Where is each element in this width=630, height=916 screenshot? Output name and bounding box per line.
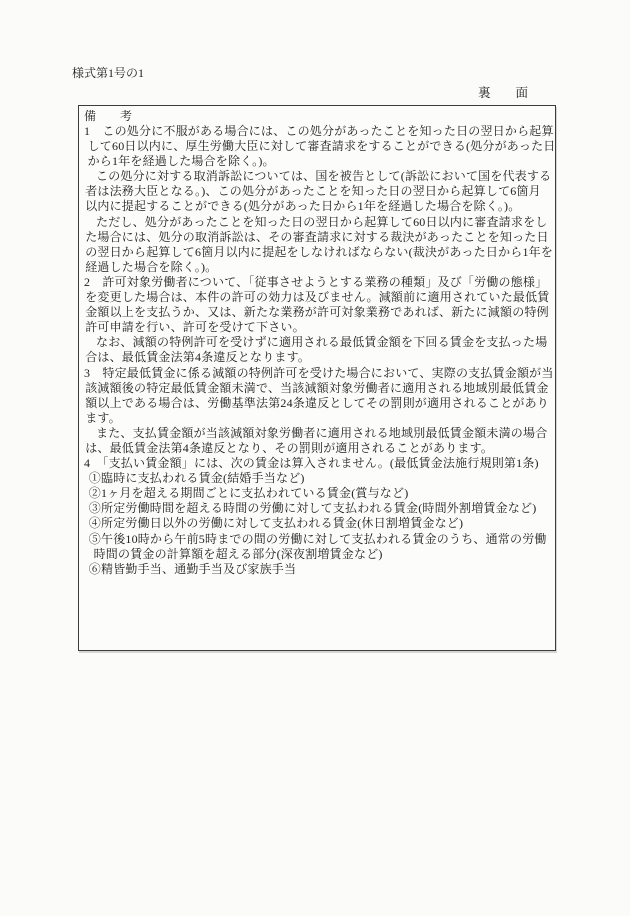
note-line: は、最低賃金法第4条違反となり、その罰則が適用されることがあります。 — [84, 441, 550, 456]
remarks-box: 備 考 1 この処分に不服がある場合には、この処分があったことを知った日の翌日か… — [78, 105, 556, 651]
note-line: 3 特定最低賃金に係る減額の特例許可を受けた場合において、実際の支払賃金額が当 — [84, 366, 550, 381]
form-number-label: 様式第1号の1 — [72, 66, 144, 80]
note-line: た場合には、処分の取消訴訟は、その審査請求に対する裁決があったことを知った日 — [84, 230, 550, 245]
note-line: また、支払賃金額が当該減額対象労働者に適用される地域別最低賃金額未満の場合 — [84, 426, 550, 441]
note-line: 合は、最低賃金法第4条違反となります。 — [84, 350, 550, 365]
note-line: 該減額後の特定最低賃金額未満で、当該減額対象労働者に適用される地域別最低賃金 — [84, 381, 550, 396]
note-line: を変更した場合は、本件の許可の効力は及びません。減額前に適用されていた最低賃 — [84, 290, 550, 305]
note-line: から1年を経過した場合を除く。)。 — [84, 154, 550, 169]
note-line: ②1ヶ月を超える期間ごとに支払われている賃金(賞与など) — [84, 486, 550, 501]
note-line: 許可申請を行い、許可を受けて下さい。 — [84, 320, 550, 335]
page-side-label: 裏 面 — [478, 86, 528, 100]
note-line: して60日以内に、厚生労働大臣に対して審査請求をすることができる(処分があった日 — [84, 139, 550, 154]
note-line: ます。 — [84, 411, 550, 426]
remarks-lines: 1 この処分に不服がある場合には、この処分があったことを知った日の翌日から起算 … — [84, 124, 550, 577]
note-line: ⑤午後10時から午前5時までの間の労働に対して支払われる賃金のうち、通常の労働 — [84, 532, 550, 547]
note-line: ④所定労働日以外の労働に対して支払われる賃金(休日割増賃金など) — [84, 516, 550, 531]
note-line: ③所定労働時間を超える時間の労働に対して支払われる賃金(時間外割増賃金など) — [84, 501, 550, 516]
note-line: 4 「支払い賃金額」には、次の賃金は算入されません。(最低賃金法施行規則第1条) — [84, 456, 550, 471]
note-line: なお、減額の特例許可を受けずに適用される最低賃金額を下回る賃金を支払った場 — [84, 335, 550, 350]
remarks-header: 備 考 — [84, 109, 550, 124]
note-line: の翌日から起算して6箇月以内に提起をしなければならない(裁決があった日から1年を — [84, 245, 550, 260]
note-line: 以内に提起することができる(処分があった日から1年を経過した場合を除く。)。 — [84, 199, 550, 214]
note-line: ⑥精皆勤手当、通勤手当及び家族手当 — [84, 562, 550, 577]
note-line: ①臨時に支払われる賃金(結婚手当など) — [84, 471, 550, 486]
note-line: 時間の賃金の計算額を超える部分(深夜割増賃金など) — [84, 547, 550, 562]
note-line: ただし、処分があったことを知った日の翌日から起算して60日以内に審査請求をし — [84, 215, 550, 230]
note-line: 者は法務大臣となる。)、この処分があったことを知った日の翌日から起算して6箇月 — [84, 184, 550, 199]
note-line: 経過した場合を除く。)。 — [84, 260, 550, 275]
note-line: 金額以上を支払うか、又は、新たな業務が許可対象業務であれば、新たに減額の特例 — [84, 305, 550, 320]
note-line: この処分に対する取消訴訟については、国を被告として(訴訟において国を代表する — [84, 169, 550, 184]
note-line: 2 許可対象労働者について、「従事させようとする業務の種類」及び「労働の態様」 — [84, 275, 550, 290]
note-line: 額以上である場合は、労働基準法第24条違反としてその罰則が適用されることがあり — [84, 396, 550, 411]
note-line: 1 この処分に不服がある場合には、この処分があったことを知った日の翌日から起算 — [84, 124, 550, 139]
